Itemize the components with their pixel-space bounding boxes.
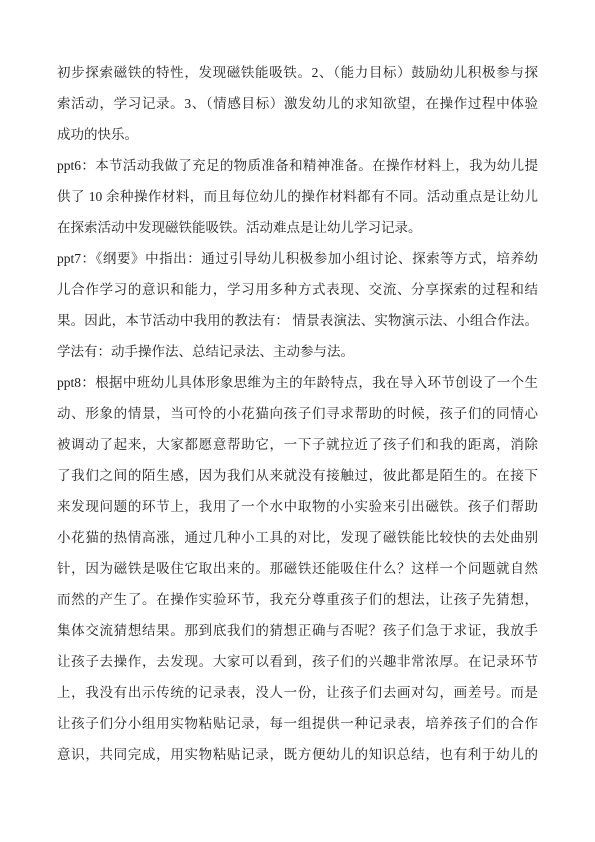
text-line: 来发现问题的环节上，我用了一个水中取物的小实验来引出磁铁。孩子们帮助 [57,491,538,522]
text-line: 在探索活动中发现磁铁能吸铁。活动难点是让幼儿学习记录。 [57,212,538,243]
text-line: ppt8：根据中班幼儿具体形象思维为主的年龄特点，我在导入环节创设了一个生 [57,367,538,398]
text-line: ppt6：本节活动我做了充足的物质准备和精神准备。在操作材料上，我为幼儿提 [57,150,538,181]
text-line: 成功的快乐。 [57,119,538,150]
text-line: 供了 10 余种操作材料，而且每位幼儿的操作材料都有不同。活动重点是让幼儿 [57,181,538,212]
text-line: 而然的产生了。在操作实验环节，我充分尊重孩子们的想法，让孩子先猜想， [57,584,538,615]
text-line: 上，我没有出示传统的记录表，没人一份，让孩子们去画对勾，画差号。而是 [57,677,538,708]
text-line: 意识，共同完成，用实物粘贴记录，既方便幼儿的知识总结，也有利于幼儿的 [57,739,538,770]
text-line: 集体交流猜想结果。那到底我们的猜想正确与否呢？孩子们急于求证，我放手 [57,615,538,646]
text-line: 小花猫的热情高涨，通过几种小工具的对比，发现了磁铁能比较快的去处曲别 [57,522,538,553]
text-line: 儿合作学习的意识和能力，学习用多种方式表现、交流、分享探索的过程和结 [57,274,538,305]
text-line: 学法有：动手操作法、总结记录法、主动参与法。 [57,336,538,367]
text-line: 果。因此，本节活动中我用的教法有： 情景表演法、实物演示法、小组合作法。 [57,305,538,336]
document-page: 初步探索磁铁的特性，发现磁铁能吸铁。2、（能力目标）鼓励幼儿积极参与探索活动，学… [0,0,595,842]
text-line: 动、形象的情景，当可怜的小花猫向孩子们寻求帮助的时候，孩子们的同情心 [57,398,538,429]
text-line: 针，因为磁铁是吸住它取出来的。那磁铁还能吸住什么？这样一个问题就自然 [57,553,538,584]
paragraph-4: ppt8：根据中班幼儿具体形象思维为主的年龄特点，我在导入环节创设了一个生动、形… [57,367,538,770]
text-line: 被调动了起来，大家都愿意帮助它，一下子就拉近了孩子们和我的距离，消除 [57,429,538,460]
text-line: 初步探索磁铁的特性，发现磁铁能吸铁。2、（能力目标）鼓励幼儿积极参与探 [57,57,538,88]
paragraph-2: ppt6：本节活动我做了充足的物质准备和精神准备。在操作材料上，我为幼儿提供了 … [57,150,538,243]
document-body: 初步探索磁铁的特性，发现磁铁能吸铁。2、（能力目标）鼓励幼儿积极参与探索活动，学… [57,57,538,770]
text-line: 了我们之间的陌生感，因为我们从来就没有接触过，彼此都是陌生的。在接下 [57,460,538,491]
text-line: 让孩子去操作，去发现。大家可以看到，孩子们的兴趣非常浓厚。在记录环节 [57,646,538,677]
paragraph-1: 初步探索磁铁的特性，发现磁铁能吸铁。2、（能力目标）鼓励幼儿积极参与探索活动，学… [57,57,538,150]
text-line: 索活动，学习记录。3、（情感目标）激发幼儿的求知欲望，在操作过程中体验 [57,88,538,119]
text-line: ppt7：《纲要》中指出：通过引导幼儿积极参加小组讨论、探索等方式，培养幼 [57,243,538,274]
paragraph-3: ppt7：《纲要》中指出：通过引导幼儿积极参加小组讨论、探索等方式，培养幼儿合作… [57,243,538,367]
text-line: 让孩子们分小组用实物粘贴记录，每一组提供一种记录表，培养孩子们的合作 [57,708,538,739]
